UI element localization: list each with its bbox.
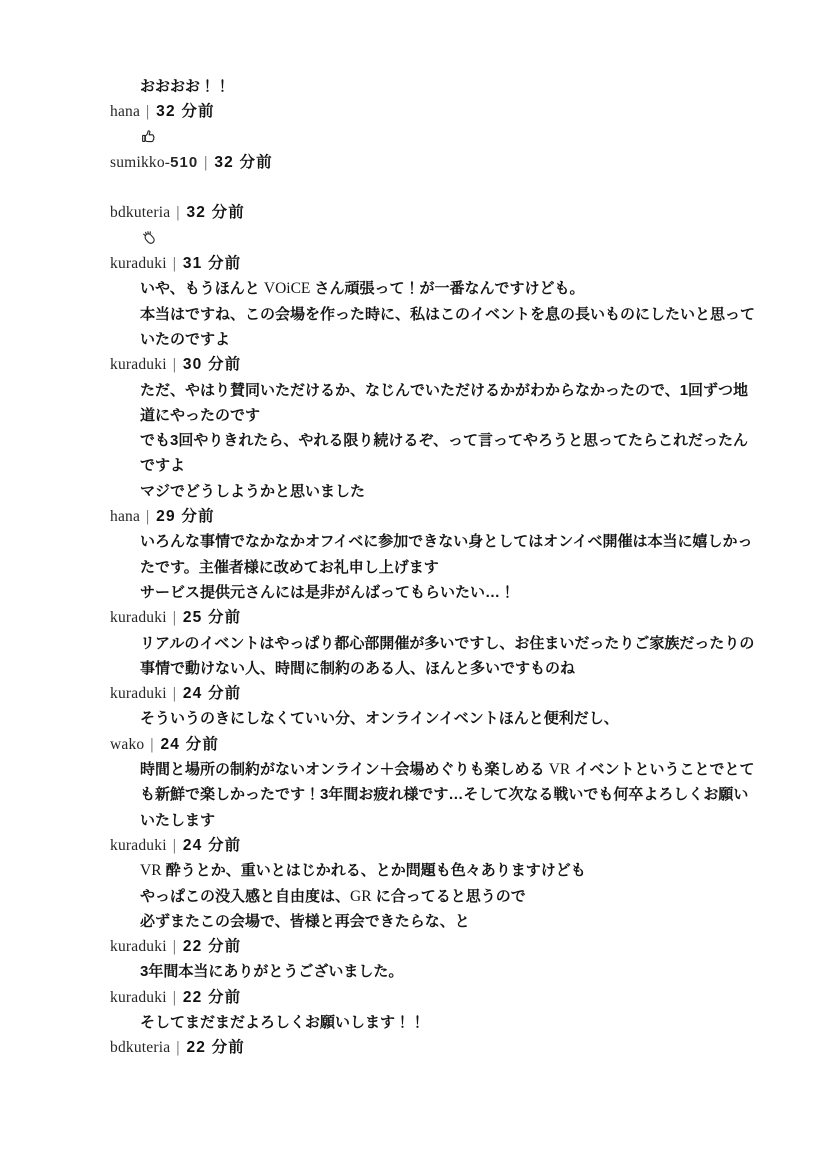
- message-text: 本当はですね、この会場を作った時に、私はこのイベントを息の長いものにしたいと思っ…: [140, 302, 755, 353]
- header-separator: |: [173, 938, 176, 955]
- message-text: 必ずまたこの会場で、皆様と再会できたらな、と: [140, 909, 755, 934]
- message-header: hana|29 分前: [110, 504, 756, 529]
- message-text: ただ、やはり賛同いただけるか、なじんでいただけるかがわからなかったので、1回ずつ…: [140, 378, 755, 429]
- latin-text: VR: [140, 862, 162, 879]
- timestamp: 31 分前: [183, 255, 242, 272]
- message-text: VR 酔うとか、重いとはじかれる、とか問題も色々ありますけども: [140, 858, 755, 883]
- chat-entry: bdkuteria|22 分前: [110, 1035, 756, 1060]
- message-text: サービス提供元さんには是非がんばってもらいたい…！: [140, 580, 755, 605]
- message-text: でも3回やりきれたら、やれる限り続けるぞ、って言ってやろうと思ってたらこれだった…: [140, 428, 755, 479]
- header-separator: |: [173, 255, 176, 272]
- latin-text: VR: [549, 761, 571, 778]
- timestamp: 29 分前: [156, 508, 215, 525]
- timestamp: 32 分前: [186, 204, 245, 221]
- timestamp: 32 分前: [156, 103, 215, 120]
- header-separator: |: [173, 356, 176, 373]
- chat-log: おおおお！！hana|32 分前sumikko-510|32 分前 bdkute…: [110, 74, 756, 1061]
- message-header: bdkuteria|32 分前: [110, 200, 756, 225]
- thumbs-up-icon: [140, 125, 755, 150]
- message-header: sumikko-510|32 分前: [110, 150, 756, 175]
- username: hana: [110, 508, 140, 525]
- header-separator: |: [173, 685, 176, 702]
- chat-entry: sumikko-510|32 分前: [110, 150, 756, 201]
- message-header: kuraduki|25 分前: [110, 605, 756, 630]
- header-separator: |: [176, 204, 179, 221]
- header-separator: |: [173, 989, 176, 1006]
- header-separator: |: [173, 609, 176, 626]
- message-text: やっぱこの没入感と自由度は、GR に合ってると思うので: [140, 884, 755, 909]
- latin-text: GR: [350, 888, 372, 905]
- message-text: 3年間本当にありがとうございました。: [140, 959, 755, 984]
- message-text: そういうのきにしなくていい分、オンラインイベントほんと便利だし、: [140, 706, 755, 731]
- username: kuraduki: [110, 837, 167, 854]
- chat-entry: kuraduki|24 分前VR 酔うとか、重いとはじかれる、とか問題も色々あり…: [110, 833, 756, 934]
- username: kuraduki: [110, 938, 167, 955]
- username: kuraduki: [110, 609, 167, 626]
- timestamp: 32 分前: [214, 154, 273, 171]
- message-text: リアルのイベントはやっぱり都心部開催が多いですし、お住まいだったりご家族だったり…: [140, 631, 755, 682]
- timestamp: 24 分前: [183, 685, 242, 702]
- username: bdkuteria: [110, 1039, 170, 1056]
- chat-entry: bdkuteria|32 分前: [110, 200, 756, 251]
- username: sumikko-510: [110, 154, 198, 171]
- message-header: kuraduki|24 分前: [110, 681, 756, 706]
- message-header: kuraduki|22 分前: [110, 934, 756, 959]
- message-header: kuraduki|31 分前: [110, 251, 756, 276]
- username: bdkuteria: [110, 204, 170, 221]
- username: kuraduki: [110, 255, 167, 272]
- timestamp: 30 分前: [183, 356, 242, 373]
- chat-entry: kuraduki|30 分前ただ、やはり賛同いただけるか、なじんでいただけるかが…: [110, 352, 756, 504]
- timestamp: 22 分前: [186, 1039, 245, 1056]
- timestamp: 22 分前: [183, 938, 242, 955]
- empty-message: [140, 175, 755, 200]
- header-separator: |: [204, 154, 207, 171]
- message-text: マジでどうしようかと思いました: [140, 479, 755, 504]
- header-separator: |: [176, 1039, 179, 1056]
- message-text: おおおお！！: [140, 74, 755, 99]
- username: kuraduki: [110, 685, 167, 702]
- chat-entry: kuraduki|24 分前そういうのきにしなくていい分、オンラインイベントほん…: [110, 681, 756, 732]
- timestamp: 25 分前: [183, 609, 242, 626]
- chat-entry: おおおお！！: [110, 74, 756, 99]
- header-separator: |: [173, 837, 176, 854]
- timestamp: 22 分前: [183, 989, 242, 1006]
- chat-entry: wako|24 分前時間と場所の制約がないオンライン＋会場めぐりも楽しめる VR…: [110, 732, 756, 833]
- timestamp: 24 分前: [183, 837, 242, 854]
- chat-entry: kuraduki|22 分前そしてまだまだよろしくお願いします！！: [110, 985, 756, 1036]
- clapping-hands-icon: [140, 226, 755, 251]
- chat-entry: hana|29 分前いろんな事情でなかなかオフイベに参加できない身としてはオンイ…: [110, 504, 756, 605]
- message-header: kuraduki|30 分前: [110, 352, 756, 377]
- chat-entry: kuraduki|31 分前いや、もうほんと VOiCE さん頑張って！が一番な…: [110, 251, 756, 352]
- message-text: そしてまだまだよろしくお願いします！！: [140, 1010, 755, 1035]
- username: hana: [110, 103, 140, 120]
- message-header: bdkuteria|22 分前: [110, 1035, 756, 1060]
- username: kuraduki: [110, 989, 167, 1006]
- message-text: いや、もうほんと VOiCE さん頑張って！が一番なんですけども。: [140, 276, 755, 301]
- message-header: hana|32 分前: [110, 99, 756, 124]
- timestamp: 24 分前: [160, 736, 219, 753]
- message-text: いろんな事情でなかなかオフイベに参加できない身としてはオンイベ開催は本当に嬉しか…: [140, 529, 755, 580]
- header-separator: |: [146, 103, 149, 120]
- message-header: kuraduki|24 分前: [110, 833, 756, 858]
- latin-text: VOiCE: [264, 280, 311, 297]
- message-text: 時間と場所の制約がないオンライン＋会場めぐりも楽しめる VR イベントということ…: [140, 757, 755, 833]
- chat-entry: kuraduki|25 分前リアルのイベントはやっぱり都心部開催が多いですし、お…: [110, 605, 756, 681]
- message-header: kuraduki|22 分前: [110, 985, 756, 1010]
- chat-entry: hana|32 分前: [110, 99, 756, 150]
- header-separator: |: [150, 736, 153, 753]
- username: kuraduki: [110, 356, 167, 373]
- username: wako: [110, 736, 144, 753]
- chat-transcript-page: おおおお！！hana|32 分前sumikko-510|32 分前 bdkute…: [0, 0, 826, 1061]
- chat-entry: kuraduki|22 分前3年間本当にありがとうございました。: [110, 934, 756, 985]
- message-header: wako|24 分前: [110, 732, 756, 757]
- header-separator: |: [146, 508, 149, 525]
